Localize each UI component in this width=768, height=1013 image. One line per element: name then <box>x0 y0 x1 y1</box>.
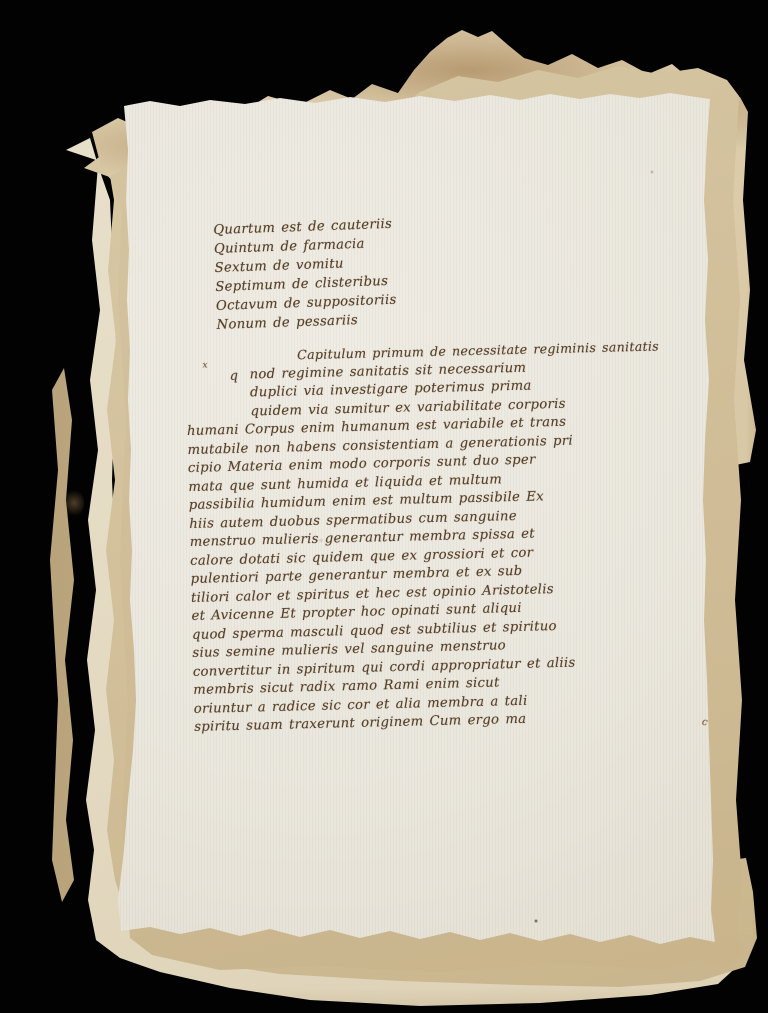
foxing-spot <box>318 538 324 543</box>
chapter-list: Quartum est de cauteriis Quintum de farm… <box>213 213 447 335</box>
main-text-block: x q Capitulum primum de necessitate regi… <box>185 339 594 737</box>
foxing-spot <box>650 170 654 174</box>
margin-x-mark: x <box>202 360 207 370</box>
edge-squiggle-mark: c <box>701 717 708 729</box>
stain-blob <box>64 488 84 518</box>
ink-speck <box>534 919 538 923</box>
paragraph-initial-mark: q <box>229 369 238 384</box>
photo-of-manuscript-stack: Quartum est de cauteriis Quintum de farm… <box>0 0 768 1013</box>
